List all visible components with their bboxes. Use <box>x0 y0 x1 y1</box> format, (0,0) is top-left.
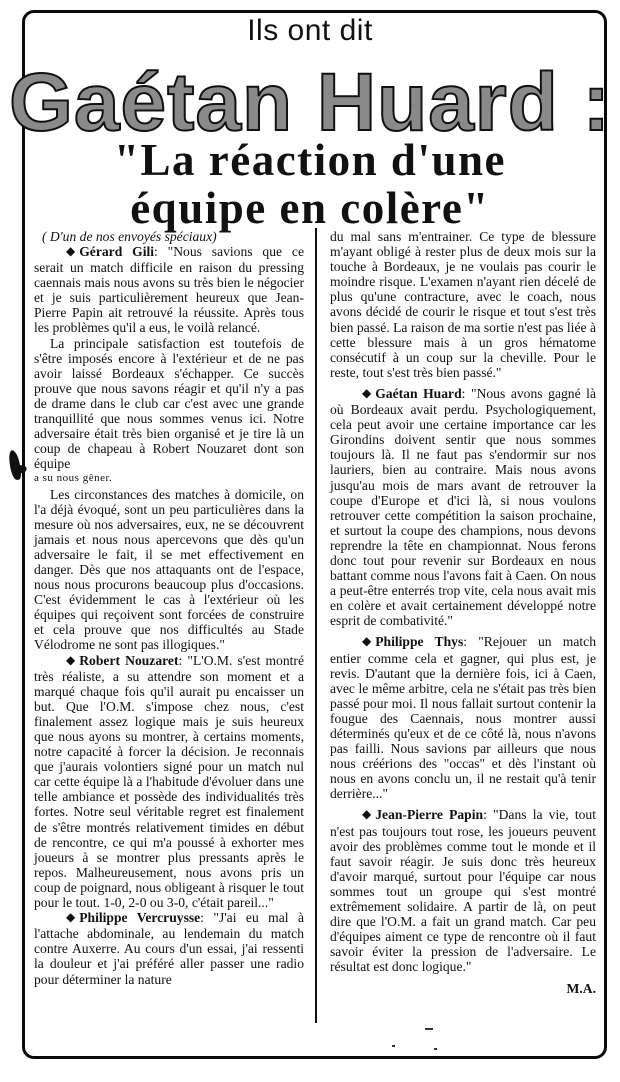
quote-text: "Dans la vie, tout n'est pas toujours to… <box>330 807 596 974</box>
diamond-bullet-icon: ◆ <box>346 386 371 401</box>
quote-paragraph: ◆Robert Nouzaret: "L'O.M. s'est montré t… <box>34 653 304 911</box>
scan-speck <box>392 1045 395 1047</box>
speaker-name: Gaétan Huard <box>375 386 461 401</box>
quote-paragraph: ◆Philippe Vercruysse: "J'ai eu mal à l'a… <box>34 910 304 986</box>
quote-paragraph: ◆Gérard Gili: "Nous savions que ce serai… <box>34 244 304 336</box>
quote-paragraph: ◆Philippe Thys: "Rejouer un match entier… <box>330 634 596 801</box>
subheadline: "La réaction d'une équipe en colère" <box>0 136 620 232</box>
quote-paragraph: a su nous gêner. <box>34 471 304 486</box>
diamond-bullet-icon: ◆ <box>50 244 75 259</box>
diamond-bullet-icon: ◆ <box>50 910 75 925</box>
quote-paragraph: ◆Gaétan Huard: "Nous avons gagné là où B… <box>330 386 596 629</box>
quote-paragraph: du mal sans m'entrainer. Ce type de bles… <box>330 229 596 380</box>
quote-paragraph: Les circonstances des matches à domicile… <box>34 487 304 653</box>
diamond-bullet-icon: ◆ <box>346 807 371 822</box>
article-kicker: Ils ont dit <box>0 14 620 48</box>
speaker-name: Robert Nouzaret <box>79 653 178 668</box>
subheadline-line-1: "La réaction d'une <box>0 136 620 184</box>
ink-blot <box>8 449 22 480</box>
speaker-name: Philippe Thys <box>375 634 463 649</box>
author-signature: M.A. <box>330 981 596 996</box>
column-divider <box>315 228 317 1023</box>
quote-text: "Rejouer un match entier comme cela et g… <box>330 634 596 801</box>
diamond-bullet-icon: ◆ <box>346 634 371 649</box>
speaker-name: Philippe Vercruysse <box>79 910 200 925</box>
column-right: du mal sans m'entrainer. Ce type de bles… <box>330 229 596 996</box>
speaker-name: Jean-Pierre Papin <box>375 807 483 822</box>
speaker-name: Gérard Gili <box>79 244 154 259</box>
scan-speck <box>434 1048 437 1050</box>
scan-speck <box>425 1028 433 1030</box>
subheadline-line-2: équipe en colère" <box>0 184 620 232</box>
quote-paragraph: La principale satisfaction est toutefois… <box>34 336 304 472</box>
column-left: ◆Gérard Gili: "Nous savions que ce serai… <box>34 244 304 987</box>
quote-text: "L'O.M. s'est montré très réaliste, a su… <box>34 653 304 911</box>
quote-paragraph: ◆Jean-Pierre Papin: "Dans la vie, tout n… <box>330 807 596 974</box>
byline: ( D'un de nos envoyés spéciaux) <box>42 229 217 244</box>
quote-text: "Nous avons gagné là où Bordeaux avait p… <box>330 386 596 628</box>
diamond-bullet-icon: ◆ <box>50 653 75 668</box>
